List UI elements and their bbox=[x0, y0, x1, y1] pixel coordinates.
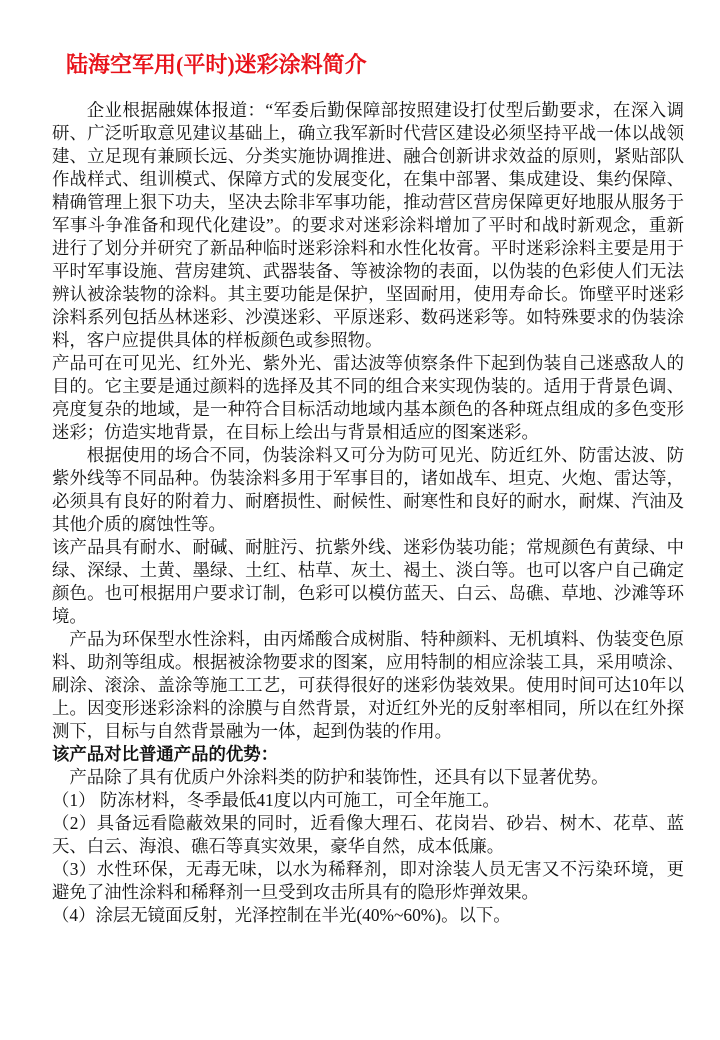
advantages-heading: 该产品对比普通产品的优势： bbox=[52, 743, 684, 766]
document-title: 陆海空军用(平时)迷彩涂料简介 bbox=[66, 48, 367, 79]
advantage-item: （1） 防冻材料，冬季最低41度以内可施工，可全年施工。 bbox=[52, 789, 684, 812]
advantages-intro: 产品除了具有优质户外涂料类的防护和装饰性，还具有以下显著优势。 bbox=[52, 766, 684, 789]
paragraph-intro: 企业根据融媒体报道：“军委后勤保障部按照建设打仗型后勤要求，在深入调研、广泛听取… bbox=[52, 99, 684, 352]
advantage-item: （3）水性环保，无毒无味，以水为稀释剂，即对涂装人员无害又不污染环境，更避免了油… bbox=[52, 858, 684, 904]
document-body: 企业根据融媒体报道：“军委后勤保障部按照建设打仗型后勤要求，在深入调研、广泛听取… bbox=[52, 99, 684, 927]
paragraph-composition: 产品为环保型水性涂料，由丙烯酸合成树脂、特种颜料、无机填料、伪装变色原料、助剂等… bbox=[52, 628, 684, 743]
paragraph-types: 根据使用的场合不同，伪装涂料又可分为防可见光、防近红外、防雷达波、防紫外线等不同… bbox=[52, 444, 684, 536]
paragraph-camouflage-purpose: 产品可在可见光、红外光、紫外光、雷达波等侦察条件下起到伪装自己迷惑敌人的目的。它… bbox=[52, 352, 684, 444]
paragraph-colors: 该产品具有耐水、耐碱、耐脏污、抗紫外线、迷彩伪装功能；常规颜色有黄绿、中绿、深绿… bbox=[52, 536, 684, 628]
advantage-item: （2）具备远看隐蔽效果的同时，近看像大理石、花岗岩、砂岩、树木、花草、蓝天、白云… bbox=[52, 812, 684, 858]
advantage-item: （4）涂层无镜面反射，光泽控制在半光(40%~60%)。以下。 bbox=[52, 904, 684, 927]
